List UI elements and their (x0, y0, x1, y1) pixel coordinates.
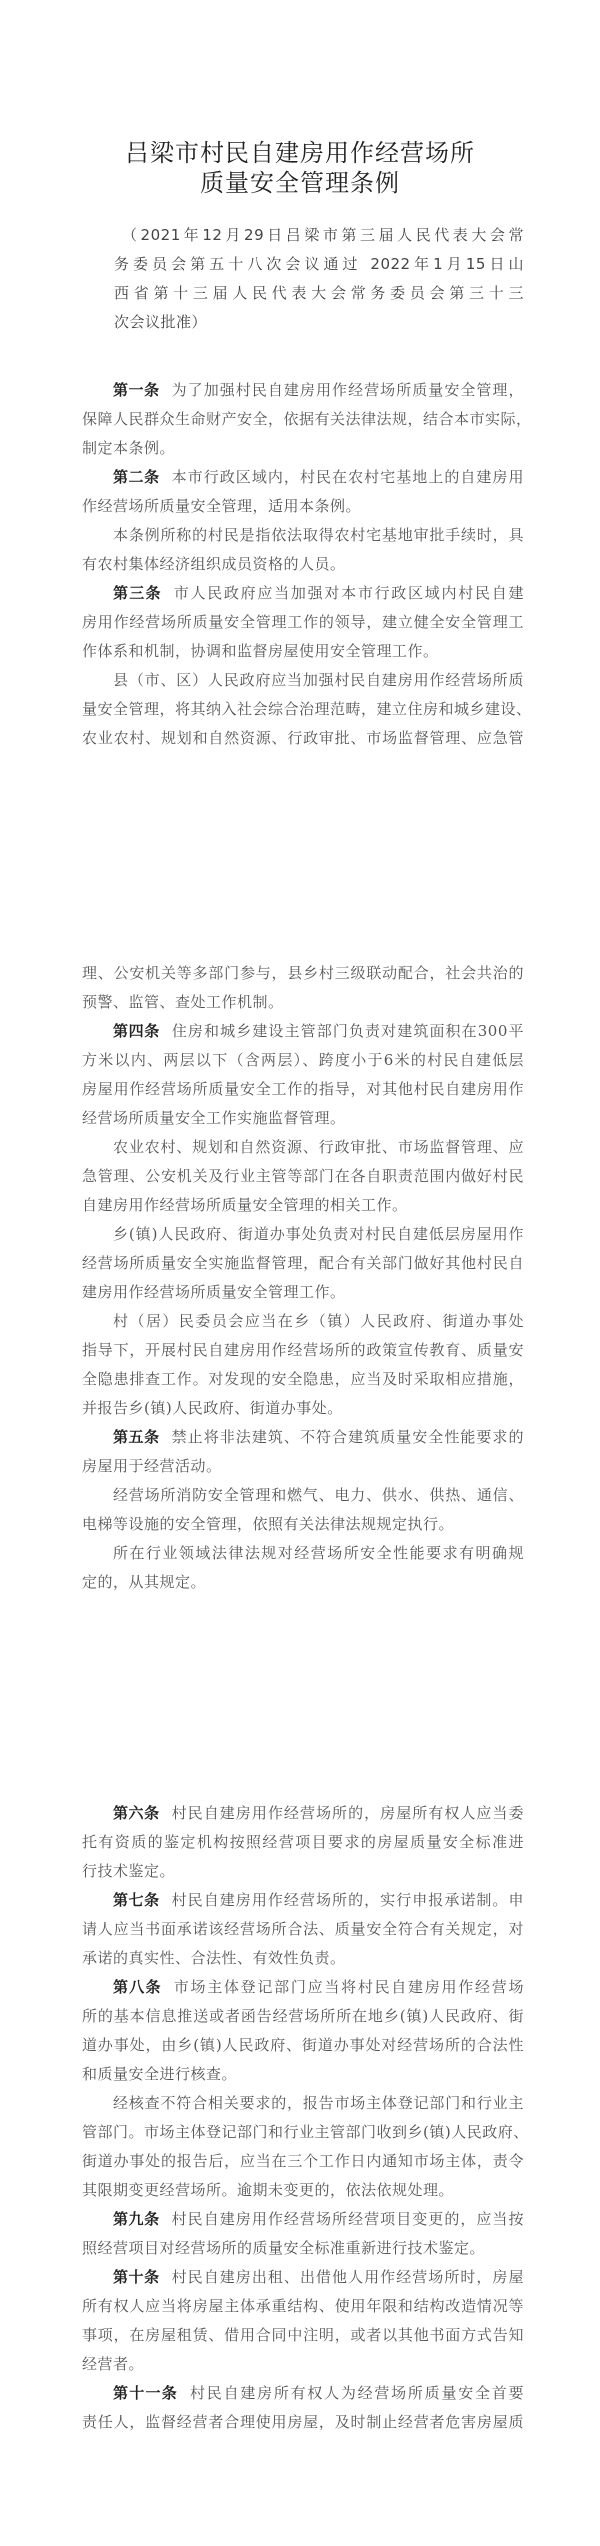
body-text-line: 作经营场所质量安全管理，适用本条例。 (82, 495, 524, 517)
article-number: 第八条 (113, 1978, 162, 1996)
article-text: 责任人，监督经营者合理使用房屋，及时制止经营者危害房屋质 (82, 2413, 524, 2431)
article-text: 所在行业领域法律法规对经营场所安全性能要求有明确规 (113, 1544, 524, 1562)
body-text-line: 事项，在房屋租赁、借用合同中注明，或者以其他书面方式告知 (82, 2324, 524, 2346)
body-text-line: 房屋用作经营场所质量安全工作的指导，对其他村民自建房用作 (82, 1078, 524, 1100)
article-text: 市场主体登记部门应当将村民自建房用作经营场 (174, 1978, 524, 1996)
body-text-line: 街道办事处的报告后，应当在三个工作日内通知市场主体，责令 (82, 2150, 524, 2172)
article-text: 住房和城乡建设主管部门负责对建筑面积在300平 (172, 1022, 524, 1040)
article-text: 村民自建房用作经营场所的，房屋所有权人应当委 (172, 1804, 524, 1822)
article-text: 托有资质的鉴定机构按照经营项目要求的房屋质量安全标准进 (82, 1833, 524, 1851)
article-text: 市人民政府应当加强对本市行政区域内村民自建 (174, 584, 524, 602)
body-text-line: 制定本条例。 (82, 437, 524, 459)
body-text-line: 全隐患排查工作。对发现的安全隐患，应当及时采取相应措施， (82, 1368, 524, 1390)
body-text-line: 和质量安全进行核查。 (82, 2063, 524, 2085)
preamble-line-3: 西省第十三届人民代表大会常务委员会第三十三 (114, 282, 524, 304)
article-text: 街道办事处的报告后，应当在三个工作日内通知市场主体，责令 (82, 2152, 524, 2170)
article-text: 方米以内、两层以下（含两层）、跨度小于6米的村民自建低层 (82, 1051, 524, 1069)
body-text-line: 经营场所质量安全工作实施监督管理。 (82, 1107, 524, 1129)
article-text: 禁止将非法建筑、不符合建筑质量安全性能要求的 (172, 1428, 524, 1446)
article-text: 量安全管理，将其纳入社会综合治理范畴，建立住房和城乡建设、 (82, 700, 532, 718)
article-text: 承诺的真实性、合法性、有效性负责。 (82, 1949, 346, 1967)
article-number: 第九条 (113, 2210, 160, 2228)
article-text: 本条例所称的村民是指依法取得农村宅基地审批手续时，具 (113, 526, 524, 544)
article-text: 作体系和机制，协调和监督房屋使用安全管理工作。 (82, 642, 439, 660)
article-text: 乡(镇)人民政府、街道办事处负责对村民自建低层房屋用作 (113, 1225, 524, 1243)
article-text: 事项，在房屋租赁、借用合同中注明，或者以其他书面方式告知 (82, 2326, 524, 2344)
article-text: 经营场所质量安全工作实施监督管理。 (82, 1109, 346, 1127)
article-text: 村民自建房所有权人为经营场所质量安全首要 (190, 2384, 524, 2402)
article-text: 农业农村、规划和自然资源、行政审批、市场监督管理、应 (113, 1138, 524, 1156)
article-text: 理、公安机关等多部门参与，县乡村三级联动配合，社会共治的 (82, 964, 524, 982)
article-heading-line: 第十条村民自建房出租、出借他人用作经营场所时，房屋 (113, 2266, 524, 2288)
body-text-line: 指导下，开展村民自建房用作经营场所的政策宣传教育、质量安 (82, 1339, 524, 1361)
body-text-line: 责任人，监督经营者合理使用房屋，及时制止经营者危害房屋质 (82, 2411, 524, 2433)
body-text-line: 房屋用于经营活动。 (82, 1455, 524, 1477)
article-text: 经核查不符合相关要求的，报告市场主体登记部门和行业主 (113, 2094, 524, 2112)
body-text-line: 作体系和机制，协调和监督房屋使用安全管理工作。 (82, 640, 524, 662)
article-text: 请人应当书面承诺该经营场所合法、质量安全符合有关规定，对 (82, 1920, 524, 1938)
article-number: 第七条 (113, 1891, 160, 1909)
article-text: 定的，从其规定。 (82, 1573, 206, 1591)
article-text: 作经营场所质量安全管理，适用本条例。 (82, 497, 361, 515)
body-text-line: 保障人民群众生命财产安全，依据有关法律法规，结合本市实际， (82, 408, 524, 430)
article-text: 所的基本信息推送或者函告经营场所所在地乡(镇)人民政府、街 (82, 2007, 524, 2025)
body-text-line: 道办事处，由乡(镇)人民政府、街道办事处对经营场所的合法性 (82, 2034, 524, 2056)
article-text: 村民自建房出租、出借他人用作经营场所时，房屋 (172, 2268, 524, 2286)
body-text-line: 行技术鉴定。 (82, 1860, 524, 1882)
article-text: 房屋用于经营活动。 (82, 1457, 222, 1475)
body-text-line: 电梯等设施的安全管理，依照有关法律法规规定执行。 (82, 1513, 524, 1535)
article-text: 制定本条例。 (82, 439, 175, 457)
article-text: 村民自建房用作经营场所的，实行申报承诺制。申 (172, 1891, 524, 1909)
article-text: 本市行政区域内，村民在农村宅基地上的自建房用 (172, 468, 524, 486)
article-text: 经营者。 (82, 2355, 144, 2373)
body-text-line: 管部门。市场主体登记部门和行业主管部门收到乡(镇)人民政府、 (82, 2121, 524, 2143)
article-text: 管部门。市场主体登记部门和行业主管部门收到乡(镇)人民政府、 (82, 2123, 529, 2141)
article-number: 第四条 (113, 1022, 160, 1040)
body-text-line: 建房用作经营场所质量安全管理工作。 (82, 1281, 524, 1303)
article-text: 急管理、公安机关及行业主管等部门在各自职责范围内做好村民 (82, 1167, 524, 1185)
article-text: 房屋用作经营场所质量安全工作的指导，对其他村民自建房用作 (82, 1080, 524, 1098)
article-text: 预警、监管、查处工作机制。 (82, 993, 284, 1011)
article-number: 第三条 (113, 584, 162, 602)
article-text: 道办事处，由乡(镇)人民政府、街道办事处对经营场所的合法性 (82, 2036, 524, 2054)
body-text-line: 经营场所消防安全管理和燃气、电力、供水、供热、通信、 (113, 1484, 524, 1506)
preamble-line-1: （2021年12月29日吕梁市第三届人民代表大会常 (122, 224, 524, 246)
body-text-line: 村（居）民委员会应当在乡（镇）人民政府、街道办事处 (113, 1310, 524, 1332)
article-text: 全隐患排查工作。对发现的安全隐患，应当及时采取相应措施， (82, 1370, 524, 1388)
article-text: 指导下，开展村民自建房用作经营场所的政策宣传教育、质量安 (82, 1341, 524, 1359)
article-text: 村民自建房用作经营场所经营项目变更的，应当按 (172, 2210, 524, 2228)
article-heading-line: 第十一条村民自建房所有权人为经营场所质量安全首要 (113, 2382, 524, 2404)
article-heading-line: 第三条市人民政府应当加强对本市行政区域内村民自建 (113, 582, 524, 604)
article-number: 第十条 (113, 2268, 160, 2286)
body-text-line: 预警、监管、查处工作机制。 (82, 991, 524, 1013)
article-text: 照经营项目对经营场所的质量安全标准重新进行技术鉴定。 (82, 2239, 485, 2257)
article-number: 第六条 (113, 1804, 160, 1822)
article-heading-line: 第五条禁止将非法建筑、不符合建筑质量安全性能要求的 (113, 1426, 524, 1448)
article-heading-line: 第七条村民自建房用作经营场所的，实行申报承诺制。申 (113, 1889, 524, 1911)
article-text: 和质量安全进行核查。 (82, 2065, 237, 2083)
article-text: 电梯等设施的安全管理，依照有关法律法规规定执行。 (82, 1515, 454, 1533)
body-text-line: 自建房用作经营场所质量安全管理的相关工作。 (82, 1194, 524, 1216)
body-text-line: 请人应当书面承诺该经营场所合法、质量安全符合有关规定，对 (82, 1918, 524, 1940)
article-text: 县（市、区）人民政府应当加强村民自建房用作经营场所质 (113, 671, 524, 689)
article-heading-line: 第二条本市行政区域内，村民在农村宅基地上的自建房用 (113, 466, 524, 488)
body-text-line: 农业农村、规划和自然资源、行政审批、市场监督管理、应急管 (82, 727, 524, 749)
article-text: 并报告乡(镇)人民政府、街道办事处。 (82, 1399, 343, 1417)
body-text-line: 农业农村、规划和自然资源、行政审批、市场监督管理、应 (113, 1136, 524, 1158)
body-text-line: 急管理、公安机关及行业主管等部门在各自职责范围内做好村民 (82, 1165, 524, 1187)
article-text: 行技术鉴定。 (82, 1862, 175, 1880)
document-title-line-2: 质量安全管理条例 (0, 167, 600, 199)
article-text: 为了加强村民自建房用作经营场所质量安全管理， (172, 381, 524, 399)
body-text-line: 经营者。 (82, 2353, 524, 2375)
article-text: 建房用作经营场所质量安全管理工作。 (82, 1283, 346, 1301)
body-text-line: 所在行业领域法律法规对经营场所安全性能要求有明确规 (113, 1542, 524, 1564)
article-text: 村（居）民委员会应当在乡（镇）人民政府、街道办事处 (113, 1312, 524, 1330)
body-text-line: 县（市、区）人民政府应当加强村民自建房用作经营场所质 (113, 669, 524, 691)
body-text-line: 理、公安机关等多部门参与，县乡村三级联动配合，社会共治的 (82, 962, 524, 984)
article-heading-line: 第六条村民自建房用作经营场所的，房屋所有权人应当委 (113, 1802, 524, 1824)
body-text-line: 并报告乡(镇)人民政府、街道办事处。 (82, 1397, 524, 1419)
article-text: 自建房用作经营场所质量安全管理的相关工作。 (82, 1196, 408, 1214)
article-text: 房用作经营场所质量安全管理工作的领导，建立健全安全管理工 (82, 613, 524, 631)
body-text-line: 有农村集体经济组织成员资格的人员。 (82, 553, 524, 575)
body-text-line: 经营场所质量安全实施监督管理，配合有关部门做好其他村民自 (82, 1252, 524, 1274)
body-text-line: 定的，从其规定。 (82, 1571, 524, 1593)
body-text-line: 所有权人应当将房屋主体承重结构、使用年限和结构改造情况等 (82, 2295, 524, 2317)
article-heading-line: 第四条住房和城乡建设主管部门负责对建筑面积在300平 (113, 1020, 524, 1042)
body-text-line: 乡(镇)人民政府、街道办事处负责对村民自建低层房屋用作 (113, 1223, 524, 1245)
article-number: 第二条 (113, 468, 160, 486)
body-text-line: 本条例所称的村民是指依法取得农村宅基地审批手续时，具 (113, 524, 524, 546)
article-number: 第十一条 (113, 2384, 178, 2402)
article-heading-line: 第九条村民自建房用作经营场所经营项目变更的，应当按 (113, 2208, 524, 2230)
body-text-line: 承诺的真实性、合法性、有效性负责。 (82, 1947, 524, 1969)
body-text-line: 所的基本信息推送或者函告经营场所所在地乡(镇)人民政府、街 (82, 2005, 524, 2027)
article-text: 有农村集体经济组织成员资格的人员。 (82, 555, 346, 573)
body-text-line: 量安全管理，将其纳入社会综合治理范畴，建立住房和城乡建设、 (82, 698, 524, 720)
article-heading-line: 第八条市场主体登记部门应当将村民自建房用作经营场 (113, 1976, 524, 1998)
document-title-line-1: 吕梁市村民自建房用作经营场所 (0, 137, 600, 169)
body-text-line: 照经营项目对经营场所的质量安全标准重新进行技术鉴定。 (82, 2237, 524, 2259)
body-text-line: 房用作经营场所质量安全管理工作的领导，建立健全安全管理工 (82, 611, 524, 633)
article-text: 保障人民群众生命财产安全，依据有关法律法规，结合本市实际， (82, 410, 532, 428)
article-text: 农业农村、规划和自然资源、行政审批、市场监督管理、应急管 (82, 729, 524, 747)
body-text-line: 经核查不符合相关要求的，报告市场主体登记部门和行业主 (113, 2092, 524, 2114)
article-text: 其限期变更经营场所。逾期未变更的，依法依规处理。 (82, 2181, 454, 2199)
article-text: 所有权人应当将房屋主体承重结构、使用年限和结构改造情况等 (82, 2297, 524, 2315)
article-number: 第一条 (113, 381, 160, 399)
article-text: 经营场所消防安全管理和燃气、电力、供水、供热、通信、 (113, 1486, 524, 1504)
preamble-line-2: 务委员会第五十八次会议通过 2022年1月15日山 (114, 253, 524, 275)
body-text-line: 托有资质的鉴定机构按照经营项目要求的房屋质量安全标准进 (82, 1831, 524, 1853)
article-number: 第五条 (113, 1428, 160, 1446)
body-text-line: 其限期变更经营场所。逾期未变更的，依法依规处理。 (82, 2179, 524, 2201)
body-text-line: 方米以内、两层以下（含两层）、跨度小于6米的村民自建低层 (82, 1049, 524, 1071)
article-text: 经营场所质量安全实施监督管理，配合有关部门做好其他村民自 (82, 1254, 524, 1272)
preamble-line-4: 次会议批准） (114, 311, 524, 333)
article-heading-line: 第一条为了加强村民自建房用作经营场所质量安全管理， (113, 379, 524, 401)
